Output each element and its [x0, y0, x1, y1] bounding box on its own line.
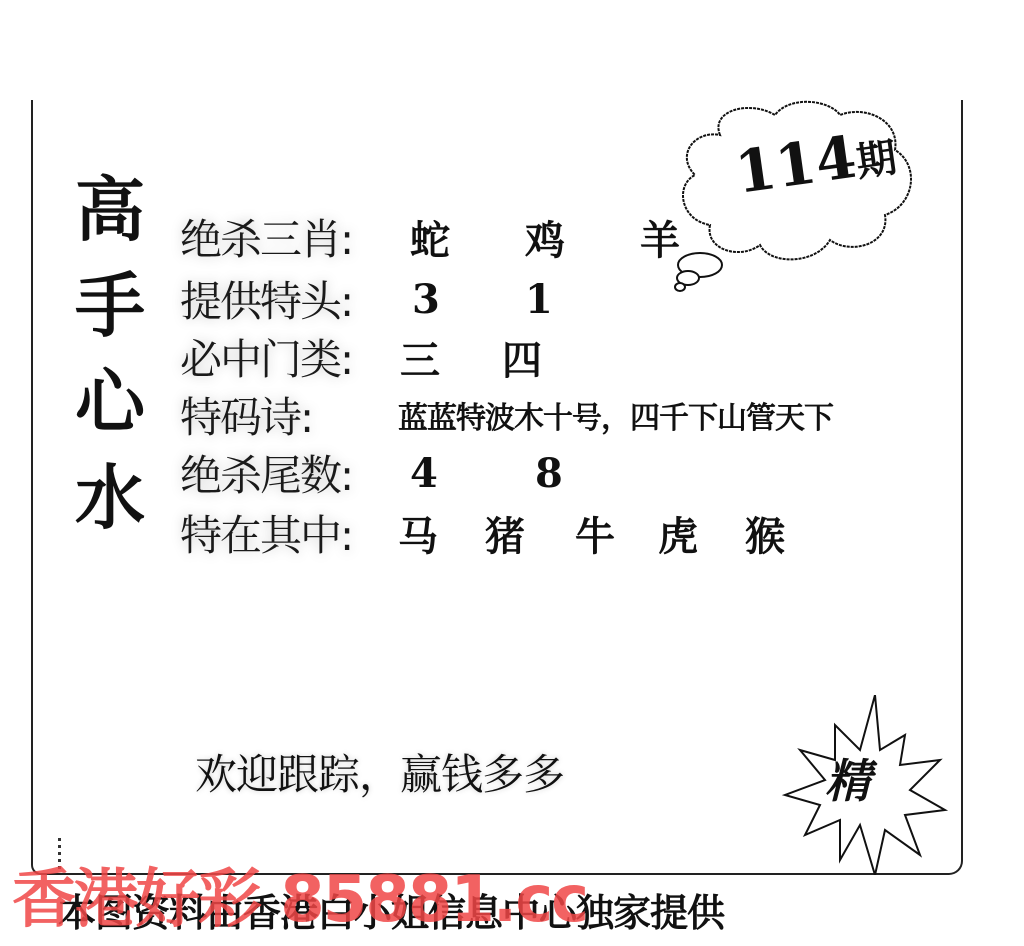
row-special-within: 特在其中: 马 猪 牛 虎 猴 — [180, 504, 352, 562]
row-value: 4 — [410, 450, 438, 497]
row-label: 特码诗: — [180, 385, 312, 445]
row-label: 必中门类: — [180, 327, 352, 387]
row-value: 3 — [412, 276, 440, 323]
row-value: 蛇 — [410, 209, 450, 266]
vertical-title: 高 手 心 水 — [70, 162, 150, 546]
row-value: 三 — [400, 329, 440, 386]
row-kill-three-zodiac: 绝杀三肖: 蛇 鸡 羊 — [180, 208, 352, 266]
row-value: 马 — [398, 505, 438, 562]
badge-jing: 精 — [825, 745, 871, 811]
title-char: 水 — [75, 450, 145, 546]
row-value: 四 — [502, 329, 542, 386]
row-poem: 特码诗: 蓝蓝特波木十号，四千下山管天下 — [180, 386, 312, 444]
row-label: 提供特头: — [180, 269, 352, 329]
issue-unit: 期 — [853, 134, 899, 186]
row-value: 1 — [525, 276, 553, 323]
row-label: 绝杀尾数: — [180, 443, 352, 503]
watermark: 香港好彩 85881.cc — [12, 848, 587, 940]
row-value: 猪 — [485, 505, 525, 562]
row-value: 猴 — [745, 505, 785, 562]
poem-text: 蓝蓝特波木十号，四千下山管天下 — [398, 393, 833, 437]
title-char: 高 — [75, 162, 145, 258]
row-label: 特在其中: — [180, 503, 352, 563]
row-kill-tail: 绝杀尾数: 4 8 — [180, 444, 352, 502]
row-value: 羊 — [640, 209, 680, 266]
row-special-head: 提供特头: 3 1 — [180, 270, 352, 328]
row-category: 必中门类: 三 四 — [180, 328, 352, 386]
row-value: 牛 — [575, 505, 615, 562]
row-value: 8 — [535, 450, 563, 497]
title-char: 心 — [75, 354, 145, 450]
welcome-slogan: 欢迎跟踪，赢钱多多 — [195, 742, 564, 802]
row-label: 绝杀三肖: — [180, 207, 352, 267]
row-value: 鸡 — [525, 209, 565, 266]
row-value: 虎 — [658, 505, 698, 562]
title-char: 手 — [75, 258, 145, 354]
